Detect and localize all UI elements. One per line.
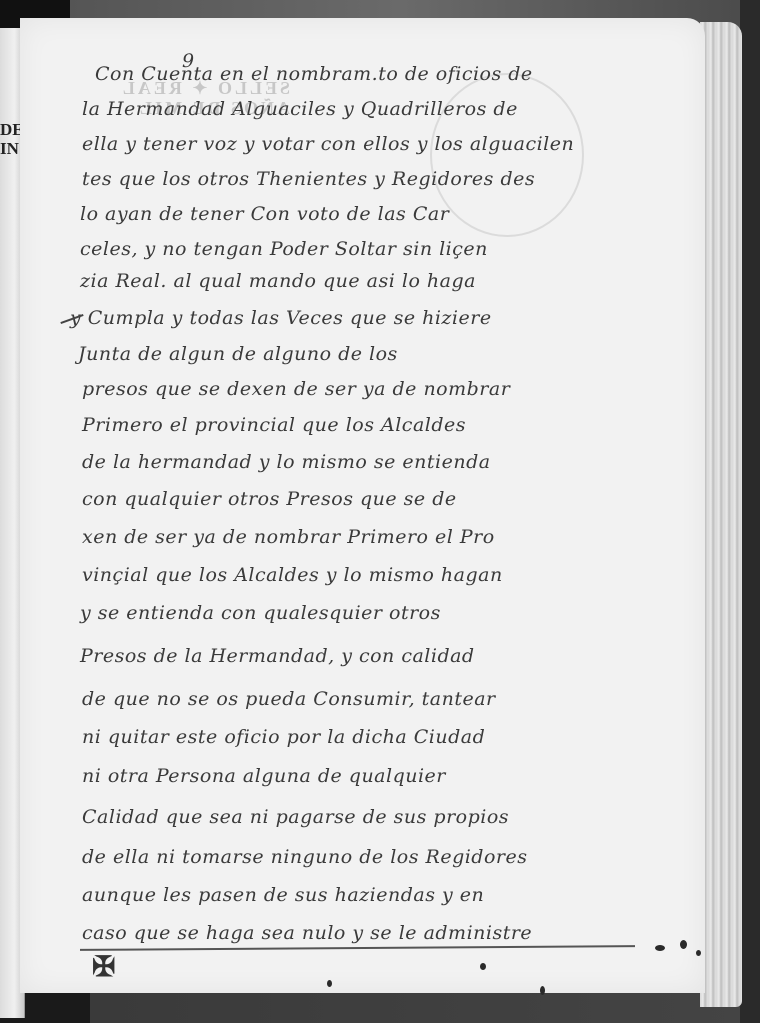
text-line-3: ella y tener voz y votar con ellos y los…	[82, 133, 574, 155]
text-line-4: tes que los otros Thenientes y Regidores…	[82, 168, 535, 190]
text-line-23: aunque les pasen de sus haziendas y en	[82, 884, 484, 906]
worm-hole	[696, 950, 701, 956]
text-line-17: Presos de la Hermandad, y con calidad	[80, 645, 475, 667]
text-line-20: ni otra Persona alguna de qualquier	[82, 765, 446, 787]
text-line-16: y se entienda con qualesquier otros	[80, 602, 441, 624]
rubric-icon: ✠	[92, 950, 122, 986]
text-line-1: Con Cuenta en el nombram.to de oficios d…	[95, 63, 533, 85]
text-line-24: caso que se haga sea nulo y se le admini…	[82, 922, 532, 944]
ink-blot	[655, 945, 665, 951]
text-line-7: zia Real. al qual mando que asi lo haga	[80, 270, 476, 292]
text-line-6: celes, y no tengan Poder Soltar sin liçe…	[80, 238, 488, 260]
text-line-19: ni quitar este oficio por la dicha Ciuda…	[82, 726, 485, 748]
text-line-11: Primero el provincial que los Alcaldes	[82, 414, 466, 436]
text-line-13: con qualquier otros Presos que se de	[82, 488, 457, 510]
manuscript-text: 9 Con Cuenta en el nombram.to de oficios…	[0, 0, 760, 1023]
text-line-8: y Cumpla y todas las Veces que se hizier…	[70, 307, 492, 329]
text-line-18: de que no se os pueda Consumir, tantear	[82, 688, 496, 710]
text-line-9: Junta de algun de alguno de los	[78, 343, 398, 365]
text-line-22: de ella ni tomarse ninguno de los Regido…	[82, 846, 527, 868]
text-line-12: de la hermandad y lo mismo se entienda	[82, 451, 491, 473]
text-line-10: presos que se dexen de ser ya de nombrar	[82, 378, 510, 400]
text-line-14: xen de ser ya de nombrar Primero el Pro	[82, 526, 495, 548]
worm-hole	[540, 986, 545, 995]
worm-hole	[680, 940, 687, 949]
worm-hole	[327, 980, 332, 987]
worm-hole	[480, 963, 486, 970]
text-line-21: Calidad que sea ni pagarse de sus propio…	[82, 806, 509, 828]
text-line-5: lo ayan de tener Con voto de las Car	[80, 203, 449, 225]
text-line-15: vinçial que los Alcaldes y lo mismo haga…	[82, 564, 503, 586]
text-line-2: la Hermandad Alguaciles y Quadrilleros d…	[82, 98, 518, 120]
